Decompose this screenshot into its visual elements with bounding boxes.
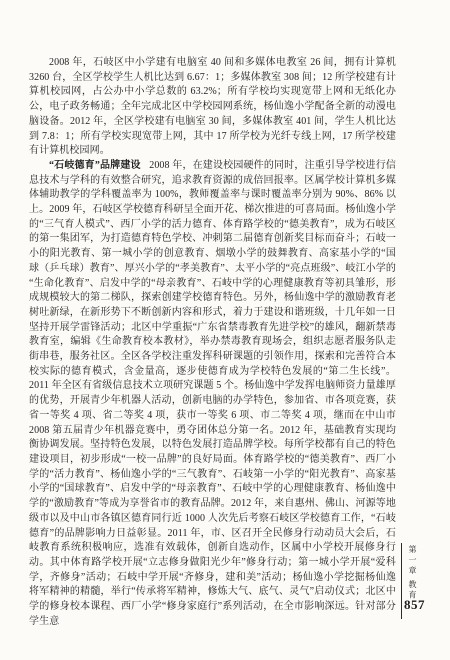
book-page: 2008 年，石岐区中小学建有电脑室 40 间和多媒体电教室 26 间，拥有计算… bbox=[0, 0, 450, 660]
page-number: 857 bbox=[404, 597, 425, 613]
margin-rule bbox=[401, 543, 402, 619]
paragraph-shiqi-moral-education-brand: “石岐德育”品牌建设2008 年，在建设校园硬件的同时，注重引导学校进行信息技术… bbox=[29, 159, 396, 630]
paragraph-computer-facilities: 2008 年，石岐区中小学建有电脑室 40 间和多媒体电教室 26 间，拥有计算… bbox=[29, 56, 396, 159]
chapter-margin-tab: 第一章 教育 857 bbox=[399, 540, 449, 630]
chapter-label: 第一章 bbox=[407, 545, 418, 577]
run-in-heading: “石岐德育”品牌建设 bbox=[49, 160, 141, 171]
page-body: 2008 年，石岐区中小学建有电脑室 40 间和多媒体电教室 26 间，拥有计算… bbox=[29, 56, 396, 629]
paragraph-text: 2008 年，在建设校园硬件的同时，注重引导学校进行信息技术与学科的有效整合研究… bbox=[29, 160, 396, 627]
